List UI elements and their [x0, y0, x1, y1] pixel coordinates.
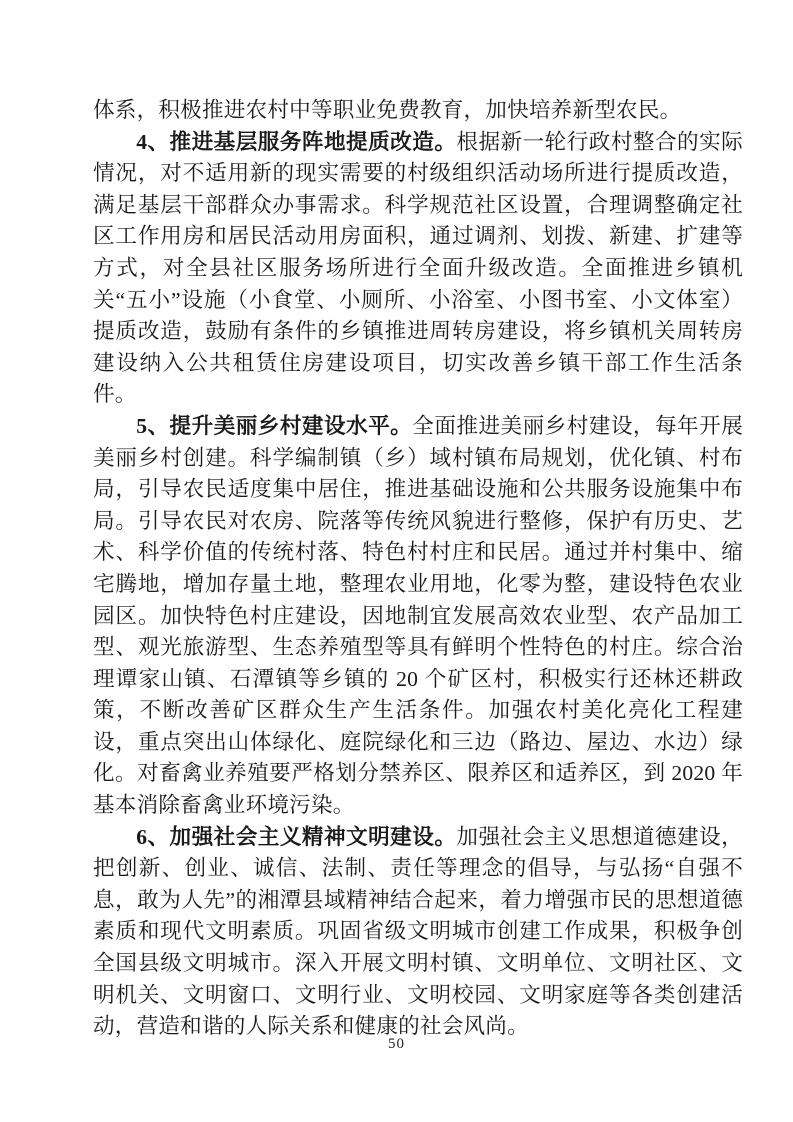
page-number: 50: [0, 1036, 793, 1053]
document-body: 体系，积极推进农村中等职业免费教育，加快培养新型农民。4、推进基层服务阵地提质改…: [93, 95, 743, 1043]
paragraph-text: 全面推进美丽乡村建设，每年开展美丽乡村创建。科学编制镇（乡）域村镇布局规划，优化…: [93, 414, 743, 817]
paragraph: 5、提升美丽乡村建设水平。全面推进美丽乡村建设，每年开展美丽乡村创建。科学编制镇…: [93, 411, 743, 822]
document-page: 体系，积极推进农村中等职业免费教育，加快培养新型农民。4、推进基层服务阵地提质改…: [0, 0, 793, 1122]
paragraph-text: 加强社会主义思想道德建设，把创新、创业、诚信、法制、责任等理念的倡导，与弘扬“自…: [93, 825, 743, 1039]
paragraph-text: 体系，积极推进农村中等职业免费教育，加快培养新型农民。: [93, 98, 681, 122]
paragraph-text: 根据新一轮行政村整合的实际情况，对不适用新的现实需要的村级组织活动场所进行提质改…: [93, 130, 743, 407]
paragraph-heading: 4、推进基层服务阵地提质改造。: [136, 130, 456, 154]
paragraph: 4、推进基层服务阵地提质改造。根据新一轮行政村整合的实际情况，对不适用新的现实需…: [93, 127, 743, 411]
paragraph-heading: 5、提升美丽乡村建设水平。: [136, 414, 412, 438]
paragraph: 体系，积极推进农村中等职业免费教育，加快培养新型农民。: [93, 95, 743, 127]
paragraph: 6、加强社会主义精神文明建设。加强社会主义思想道德建设，把创新、创业、诚信、法制…: [93, 822, 743, 1043]
paragraph-heading: 6、加强社会主义精神文明建设。: [136, 825, 456, 849]
